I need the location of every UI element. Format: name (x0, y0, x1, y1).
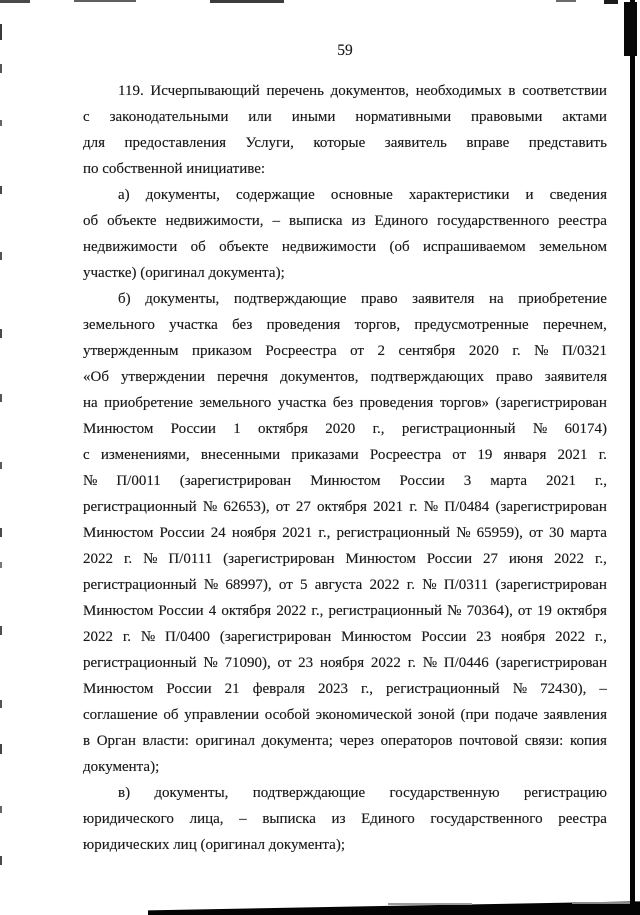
scan-smudge-bottom (388, 903, 472, 905)
text-line: «Обутвержденииперечнядокументов,подтверж… (83, 364, 607, 390)
text-line: регистрационный№62653),от27октября2021г.… (83, 494, 607, 520)
text-line: дляпредоставленияУслуги,которыезаявитель… (83, 130, 607, 156)
scan-mark-left (0, 120, 2, 126)
page-number: 59 (83, 42, 607, 60)
text-line: документа); (83, 754, 607, 780)
text-line: сзаконодательнымиилииныминормативнымипра… (83, 104, 607, 130)
scan-mark-left (0, 252, 2, 260)
text-line: вОрганвласти:оригиналдокумента;черезопер… (83, 728, 607, 754)
scan-edge-right (630, 0, 635, 907)
text-line: №П/0011(зарегистрированМинюстомРоссии3ма… (83, 468, 607, 494)
scan-mark-left (0, 24, 2, 40)
scan-mark-left (0, 186, 2, 194)
text-line: юридическоголица,–выпискаизЕдиногогосуда… (83, 806, 607, 832)
scan-mark-left (0, 700, 2, 708)
scan-edge-top-segment (604, 0, 618, 4)
scan-edge-top-segment (74, 0, 136, 2)
text-line: регистрационный№68997),от5августа2022г.№… (83, 572, 607, 598)
scan-edge-top-segment (210, 0, 284, 3)
text-line: 119.Исчерпывающийпереченьдокументов,необ… (83, 78, 607, 104)
scan-mark-left (0, 329, 2, 338)
text-line: МинюстомРоссии24ноября2021г.,регистрацио… (83, 520, 607, 546)
document-page: 59 119.Исчерпывающийпереченьдокументов,н… (0, 0, 640, 915)
scan-mark-left (0, 562, 2, 568)
scan-smudge-bottom (572, 902, 630, 904)
scan-mark-left (0, 806, 2, 813)
scan-mark-left (0, 394, 2, 402)
scan-edge-top-segment (0, 0, 30, 3)
text-line: МинюстомРоссии4октября2022г.,регистрацио… (83, 598, 607, 624)
text-line: участке) (оригинал документа); (83, 260, 607, 286)
text-line: недвижимостиобобъектенедвижимости(обиспр… (83, 234, 607, 260)
text-line: соглашениеобуправленииособойэкономическо… (83, 702, 607, 728)
text-line: обобъектенедвижимости,–выпискаизЕдиногог… (83, 208, 607, 234)
text-line: МинюстомРоссии1октября2020г.,регистрацио… (83, 416, 607, 442)
text-line: земельногоучасткабезпроведенияторгов,пре… (83, 312, 607, 338)
text-line: юридических лиц (оригинал документа); (83, 832, 607, 858)
text-line: а)документы,содержащиеосновныехарактерис… (83, 182, 607, 208)
text-line: 2022г.№П/0400(зарегистрированМинюстомРос… (83, 624, 607, 650)
scan-mark-left (0, 744, 2, 754)
scan-edge-top-segment (556, 0, 576, 2)
text-line: регистрационный№71090),от23ноября2022г.№… (83, 650, 607, 676)
text-line: б)документы,подтверждающиеправозаявителя… (83, 286, 607, 312)
text-line: утвержденнымприказомРосреестраот2сентябр… (83, 338, 607, 364)
text-line: МинюстомРоссии21февраля2023г.,регистраци… (83, 676, 607, 702)
text-line: сизменениями,внесеннымиприказамиРосреест… (83, 442, 607, 468)
scan-edge-bottom (148, 897, 640, 915)
text-line: наприобретениеземельногоучасткабезпровед… (83, 390, 607, 416)
document-body: 119.Исчерпывающийпереченьдокументов,необ… (83, 78, 607, 858)
scan-mark-left (0, 528, 2, 537)
scan-mark-left (0, 462, 2, 469)
text-line: в)документы,подтверждающиегосударственну… (83, 780, 607, 806)
scan-mark-left (0, 64, 2, 73)
text-line: 2022г.№П/0111(зарегистрированМинюстомРос… (83, 546, 607, 572)
scan-edge-right-blotch (624, 2, 637, 56)
scan-mark-left (0, 626, 2, 635)
text-line: по собственной инициативе: (83, 156, 607, 182)
scan-mark-left (0, 856, 2, 865)
